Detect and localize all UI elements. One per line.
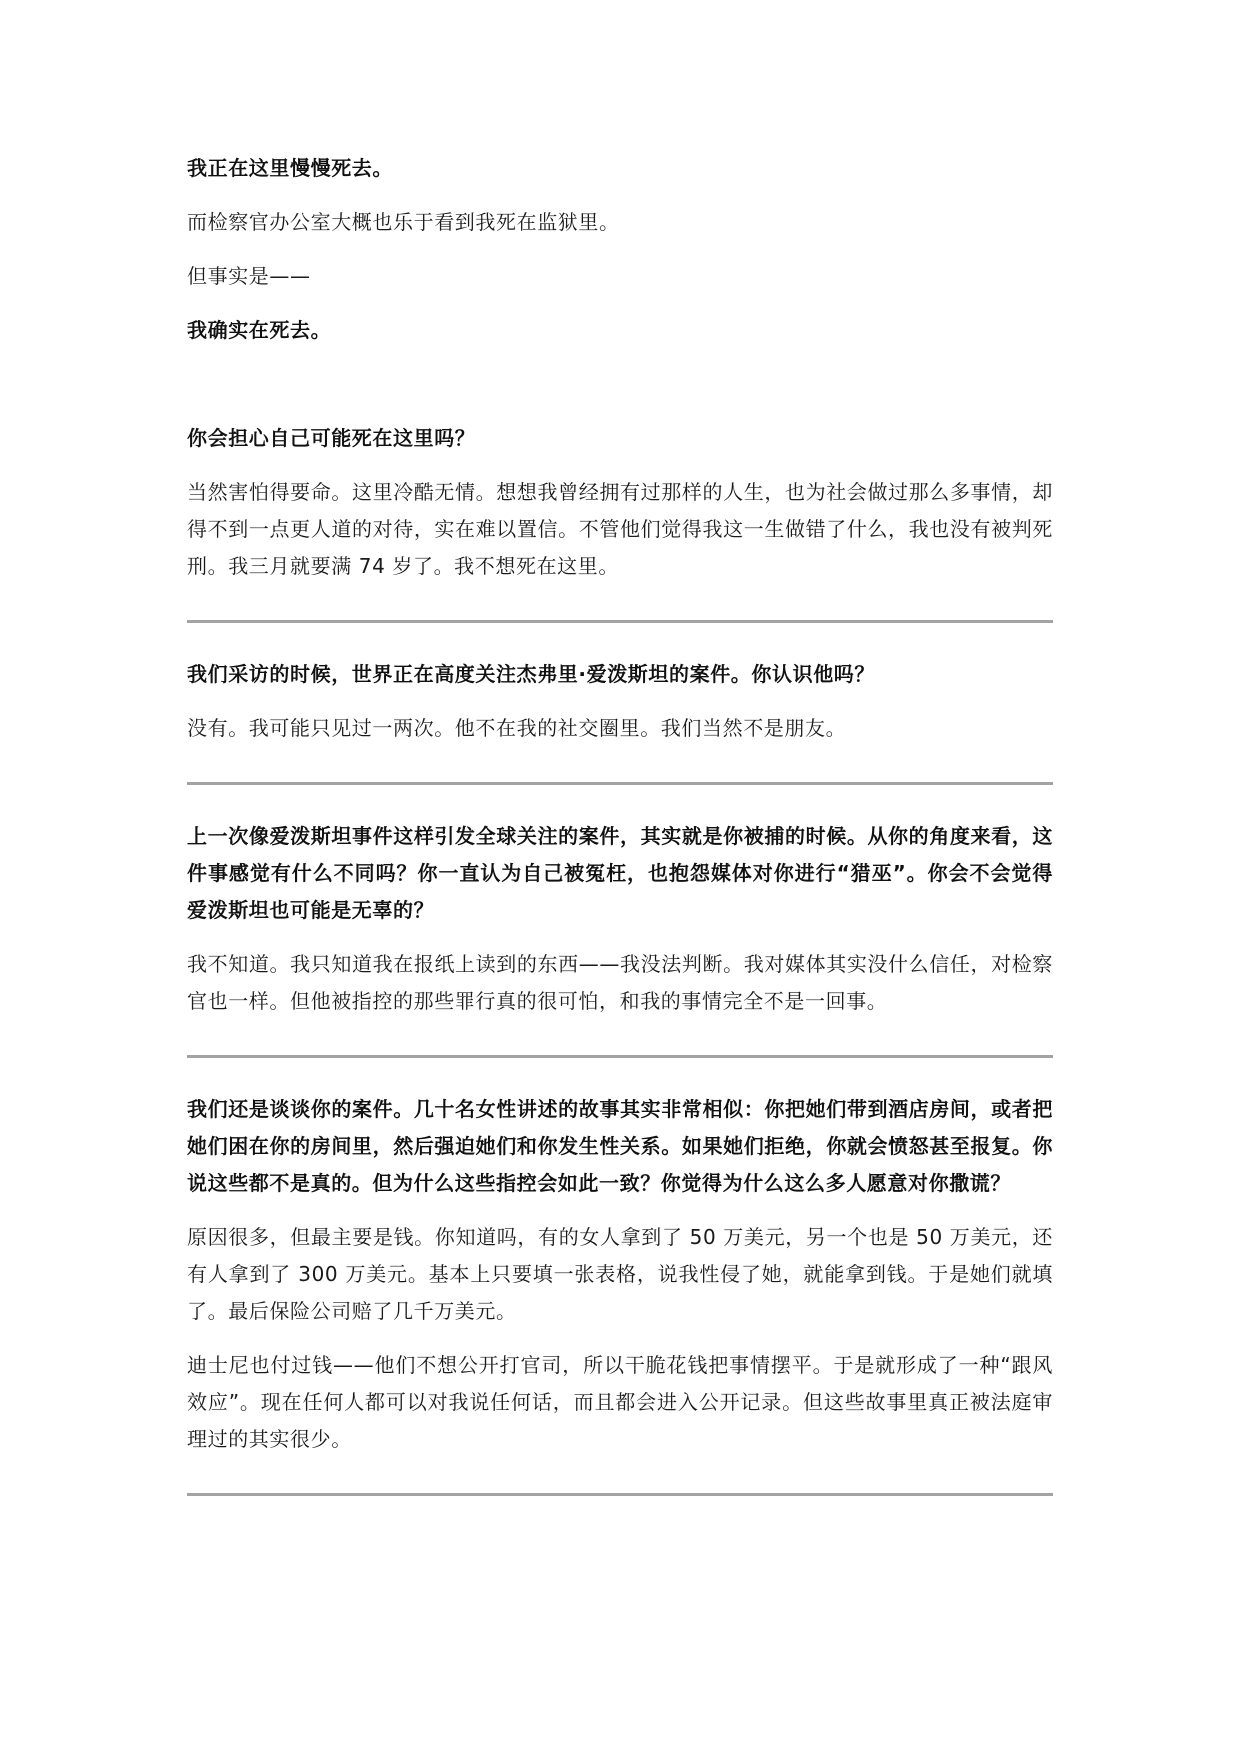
question: 我们还是谈谈你的案件。几十名女性讲述的故事其实非常相似：你把她们带到酒店房间，或… (187, 1091, 1053, 1202)
qa-section: 上一次像爱泼斯坦事件这样引发全球关注的案件，其实就是你被捕的时候。从你的角度来看… (187, 818, 1053, 1020)
qa-section: 我们采访的时候，世界正在高度关注杰弗里·爱泼斯坦的案件。你认识他吗？ 没有。我可… (187, 656, 1053, 747)
document-page: 我正在这里慢慢死去。 而检察官办公室大概也乐于看到我死在监狱里。 但事实是—— … (187, 150, 1053, 1496)
intro-line-bold: 我确实在死去。 (187, 312, 1053, 349)
answer: 当然害怕得要命。这里冷酷无情。想想我曾经拥有过那样的人生，也为社会做过那么多事情… (187, 474, 1053, 585)
question: 上一次像爱泼斯坦事件这样引发全球关注的案件，其实就是你被捕的时候。从你的角度来看… (187, 818, 1053, 929)
intro-line-bold: 我正在这里慢慢死去。 (187, 150, 1053, 187)
intro-line: 但事实是—— (187, 258, 1053, 295)
answer: 我不知道。我只知道我在报纸上读到的东西——我没法判断。我对媒体其实没什么信任，对… (187, 946, 1053, 1020)
qa-section: 你会担心自己可能死在这里吗？ 当然害怕得要命。这里冷酷无情。想想我曾经拥有过那样… (187, 420, 1053, 585)
intro-line: 而检察官办公室大概也乐于看到我死在监狱里。 (187, 204, 1053, 241)
question: 我们采访的时候，世界正在高度关注杰弗里·爱泼斯坦的案件。你认识他吗？ (187, 656, 1053, 693)
answer: 迪士尼也付过钱——他们不想公开打官司，所以干脆花钱把事情摆平。于是就形成了一种“… (187, 1347, 1053, 1458)
qa-section: 我们还是谈谈你的案件。几十名女性讲述的故事其实非常相似：你把她们带到酒店房间，或… (187, 1091, 1053, 1458)
answer: 原因很多，但最主要是钱。你知道吗，有的女人拿到了 50 万美元，另一个也是 50… (187, 1219, 1053, 1330)
section-divider (187, 1493, 1053, 1496)
question: 你会担心自己可能死在这里吗？ (187, 420, 1053, 457)
answer: 没有。我可能只见过一两次。他不在我的社交圈里。我们当然不是朋友。 (187, 710, 1053, 747)
